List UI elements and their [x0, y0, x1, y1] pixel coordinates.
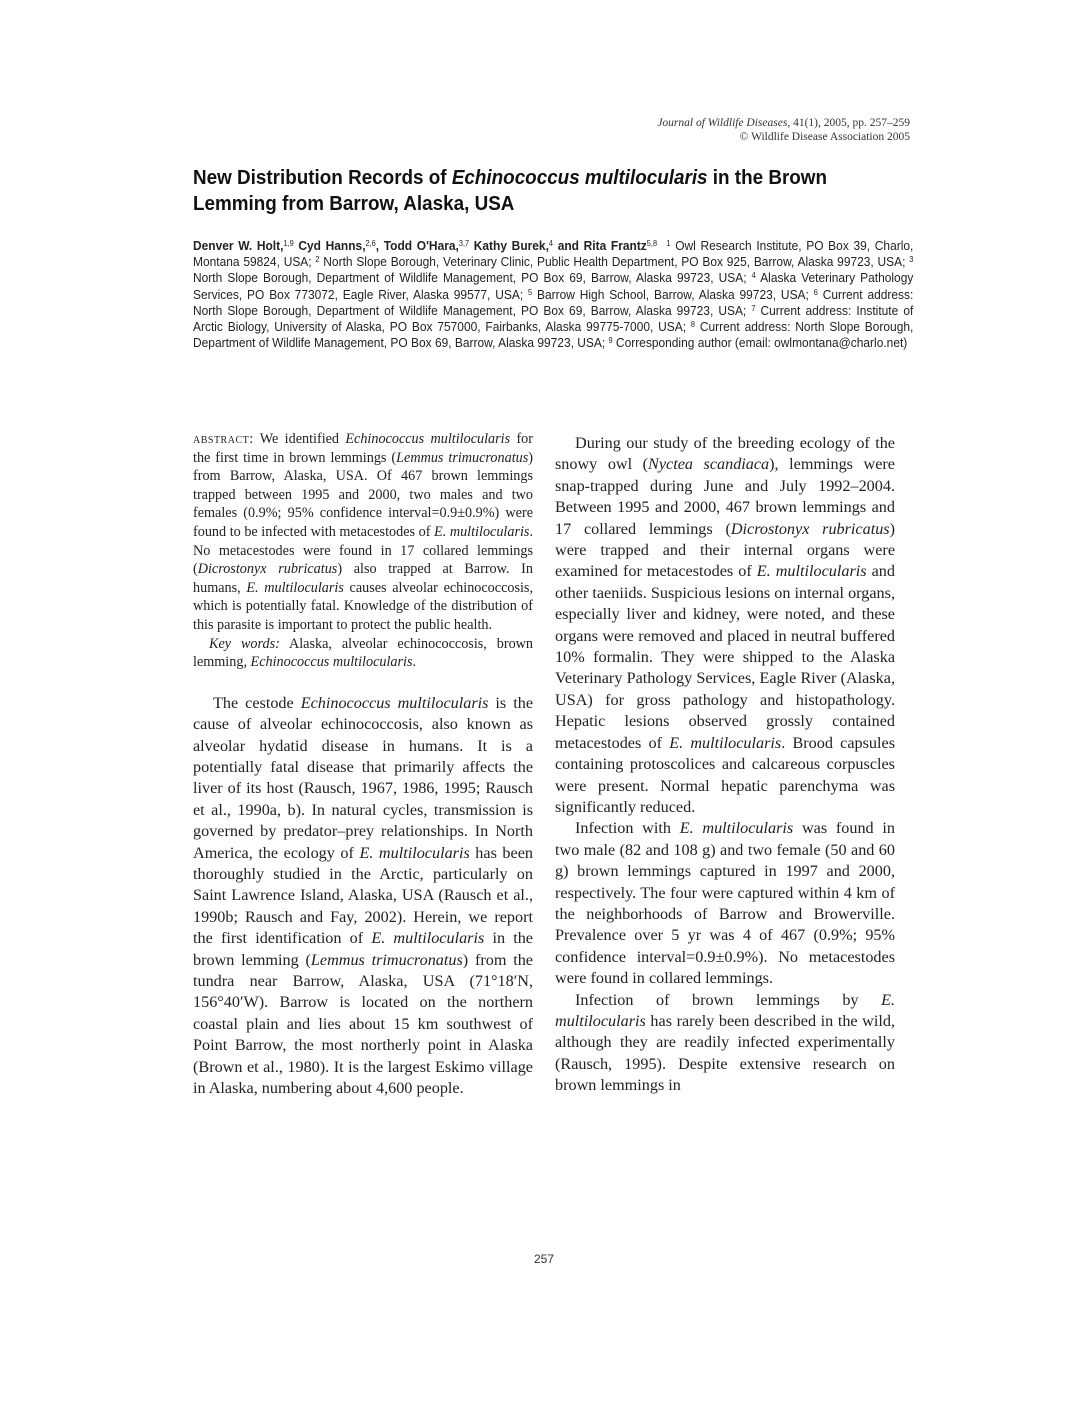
- affiliation: Corresponding author (email: owlmontana@…: [616, 335, 907, 350]
- author-name: and Rita Frantz: [558, 238, 647, 253]
- page-number: 257: [0, 1252, 1088, 1266]
- author-name: Kathy Burek,: [474, 238, 549, 253]
- keywords: Key words: Alaska, alveolar echinococcos…: [193, 635, 533, 672]
- author-name: Cyd Hanns,: [298, 238, 365, 253]
- left-column: ABSTRACT: We identified Echinococcus mul…: [193, 430, 533, 1099]
- affiliation: North Slope Borough, Veterinary Clinic, …: [323, 254, 905, 269]
- author-name: Denver W. Holt,: [193, 238, 283, 253]
- abstract: ABSTRACT: We identified Echinococcus mul…: [193, 430, 533, 672]
- body-paragraph: Infection with E. multilocularis was fou…: [555, 818, 895, 989]
- affiliation: Barrow High School, Barrow, Alaska 99723…: [537, 287, 809, 302]
- right-column: During our study of the breeding ecology…: [555, 433, 895, 1097]
- title-species: Echinococcus multilocularis: [452, 166, 708, 189]
- article-title: New Distribution Records of Echinococcus…: [193, 165, 855, 217]
- author-affiliations: Denver W. Holt,1,9 Cyd Hanns,2,6, Todd O…: [193, 238, 913, 351]
- abstract-label: ABSTRACT:: [193, 431, 254, 447]
- journal-name: Journal of Wildlife Diseases,: [657, 117, 790, 129]
- body-paragraph: Infection of brown lemmings by E. multil…: [555, 990, 895, 1097]
- abstract-text: ABSTRACT: We identified Echinococcus mul…: [193, 430, 533, 635]
- copyright-line: © Wildlife Disease Association 2005: [657, 130, 910, 144]
- keywords-label: Key words:: [209, 636, 280, 652]
- journal-citation: Journal of Wildlife Diseases, 41(1), 200…: [657, 116, 910, 130]
- running-header: Journal of Wildlife Diseases, 41(1), 200…: [657, 116, 910, 144]
- affiliation: North Slope Borough, Department of Wildl…: [193, 270, 747, 285]
- author-name: , Todd O'Hara,: [376, 238, 459, 253]
- body-paragraph: The cestode Echinococcus multilocularis …: [193, 693, 533, 1100]
- body-paragraph: During our study of the breeding ecology…: [555, 433, 895, 818]
